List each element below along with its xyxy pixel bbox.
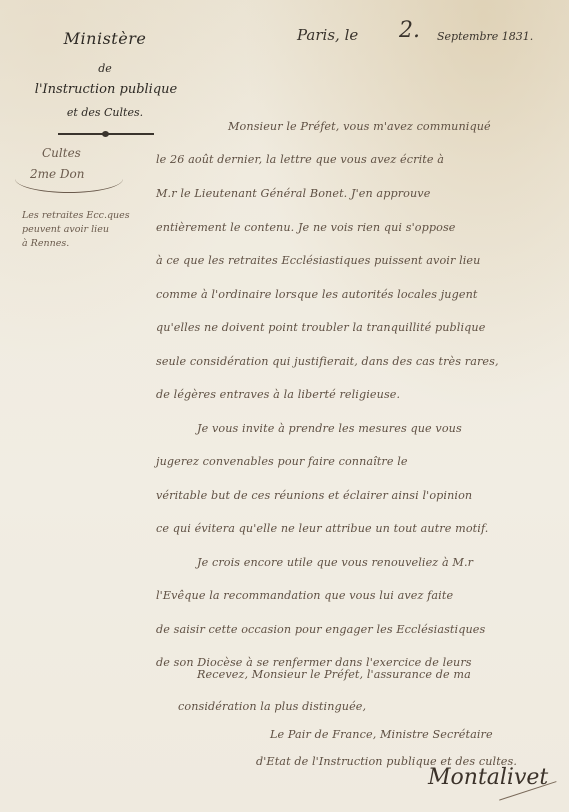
- dateline-day: 2.: [399, 18, 420, 43]
- body-line: Monsieur le Préfet, vous m'avez communiq…: [228, 120, 491, 133]
- margin-note-line: à Rennes.: [22, 237, 69, 251]
- margin-note-line: peuvent avoir lieu: [22, 223, 109, 237]
- margin-reference-cultes: Cultes: [42, 146, 81, 160]
- letter-page: Ministère de l'Instruction publique et d…: [0, 0, 569, 812]
- body-line: l'Evêque la recommandation que vous lui …: [156, 589, 453, 602]
- body-line: de saisir cette occasion pour engager le…: [156, 623, 485, 636]
- closing-line: Recevez, Monsieur le Préfet, l'assurance…: [197, 668, 471, 681]
- ministry-title: Ministère: [40, 29, 170, 48]
- body-line: Je crois encore utile que vous renouveli…: [197, 556, 473, 569]
- body-line: seule considération qui justifierait, da…: [156, 355, 499, 368]
- body-line: Je vous invite à prendre les mesures que…: [197, 422, 462, 435]
- body-line: à ce que les retraites Ecclésiastiques p…: [156, 254, 480, 267]
- ministry-subtitle: et des Cultes.: [40, 106, 170, 119]
- body-line: M.r le Lieutenant Général Bonet. J'en ap…: [156, 187, 430, 200]
- body-line: de légères entraves à la liberté religie…: [156, 388, 400, 401]
- body-line: jugerez convenables pour faire connaître…: [156, 455, 408, 468]
- closing-line: Le Pair de France, Ministre Secrétaire: [270, 728, 493, 741]
- body-line: ce qui évitera qu'elle ne leur attribue …: [156, 522, 488, 535]
- body-line: le 26 août dernier, la lettre que vous a…: [156, 153, 444, 166]
- body-line: comme à l'ordinaire lorsque les autorité…: [156, 288, 477, 301]
- ornamental-divider: [58, 132, 154, 136]
- ministry-department: l'Instruction publique: [20, 82, 192, 97]
- margin-flourish: [15, 176, 123, 193]
- dateline-place: Paris, le: [297, 26, 358, 44]
- closing-line: considération la plus distinguée,: [178, 700, 366, 713]
- signature: Montalivet: [428, 765, 548, 790]
- dateline-month-year: Septembre 1831.: [437, 30, 533, 43]
- ministry-de: de: [40, 62, 170, 75]
- body-line: entièrement le contenu. Je ne vois rien …: [156, 221, 456, 234]
- body-line: véritable but de ces réunions et éclaire…: [156, 489, 472, 502]
- margin-note-line: Les retraites Ecc.ques: [22, 209, 130, 223]
- body-line: qu'elles ne doivent point troubler la tr…: [156, 321, 485, 334]
- divider-ornament-icon: [102, 131, 109, 137]
